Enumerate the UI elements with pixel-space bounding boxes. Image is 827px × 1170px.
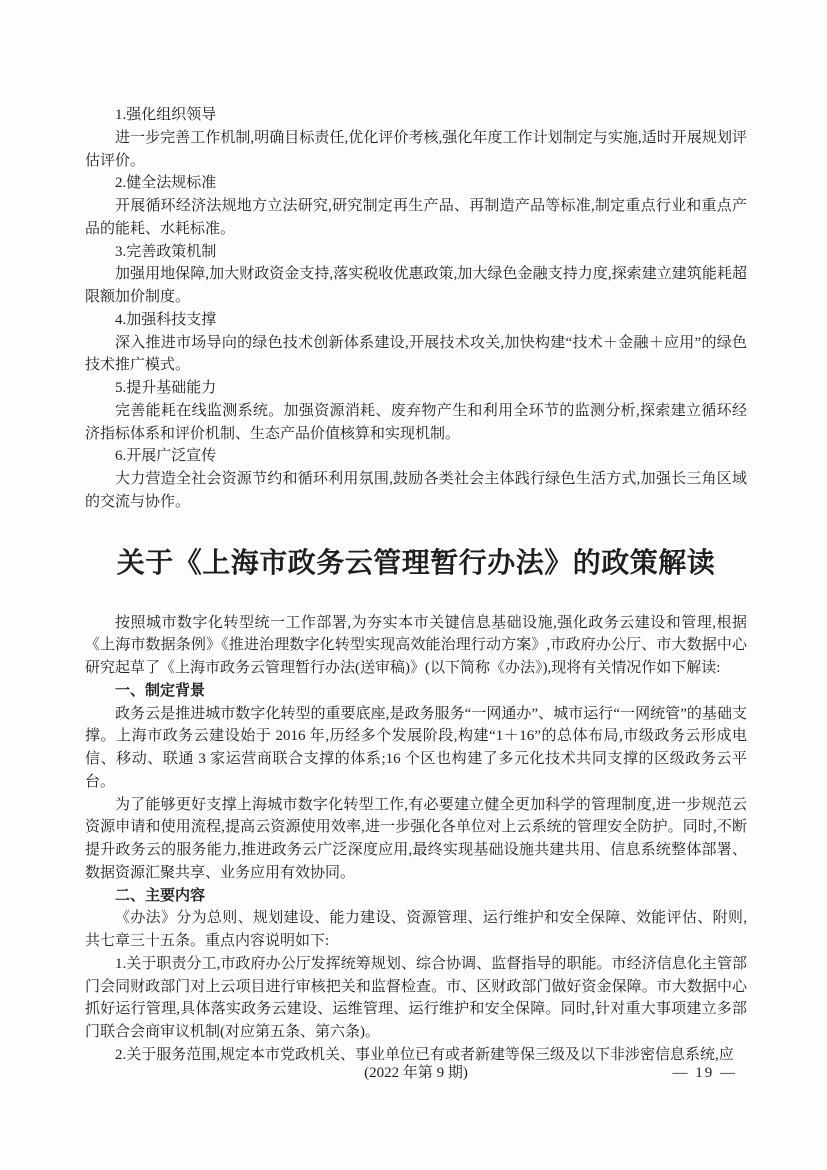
document-page: 1.强化组织领导 进一步完善工作机制,明确目标责任,优化评价考核,强化年度工作计… — [0, 0, 827, 1170]
article-title: 关于《上海市政务云管理暂行办法》的政策解读 — [85, 544, 747, 584]
article-paragraph: 一、制定背景 — [85, 680, 747, 703]
article-paragraph: 按照城市数字化转型统一工作部署,为夯实本市关键信息基础设施,强化政务云建设和管理… — [85, 612, 747, 680]
section-paragraph: 完善能耗在线监测系统。加强资源消耗、废弃物产生和利用全环节的监测分析,探索建立循… — [85, 400, 747, 446]
page-content: 1.强化组织领导 进一步完善工作机制,明确目标责任,优化评价考核,强化年度工作计… — [85, 104, 747, 1067]
page-footer: (2022 年第 9 期) — 19 — — [85, 1062, 747, 1085]
article-paragraph: 1.关于职责分工,市政府办公厅发挥统筹规划、综合协调、监督指导的职能。市经济信息… — [85, 953, 747, 1044]
section-heading: 5.提升基础能力 — [85, 377, 747, 400]
section-heading: 3.完善政策机制 — [85, 241, 747, 264]
section-heading: 6.开展广泛宣传 — [85, 445, 747, 468]
section-paragraph: 加强用地保障,加大财政资金支持,落实税收优惠政策,加大绿色金融支持力度,探索建立… — [85, 263, 747, 309]
measures-list: 1.强化组织领导 进一步完善工作机制,明确目标责任,优化评价考核,强化年度工作计… — [85, 104, 747, 514]
section-paragraph: 开展循环经济法规地方立法研究,研究制定再生产品、再制造产品等标准,制定重点行业和… — [85, 195, 747, 241]
section-paragraph: 进一步完善工作机制,明确目标责任,优化评价考核,强化年度工作计划制定与实施,适时… — [85, 127, 747, 173]
section-heading: 4.加强科技支撑 — [85, 309, 747, 332]
page-number: — 19 — — [673, 1062, 738, 1085]
article-paragraph: 政务云是推进城市数字化转型的重要底座,是政务服务“一网通办”、城市运行“一网统管… — [85, 703, 747, 794]
issue-label: (2022 年第 9 期) — [364, 1062, 468, 1085]
section-heading: 2.健全法规标准 — [85, 172, 747, 195]
article-paragraph: 《办法》分为总则、规划建设、能力建设、资源管理、运行维护和安全保障、效能评估、附… — [85, 907, 747, 953]
article-paragraph: 为了能够更好支撑上海城市数字化转型工作,有必要建立健全更加科学的管理制度,进一步… — [85, 794, 747, 885]
section-paragraph: 大力营造全社会资源节约和循环利用氛围,鼓励各类社会主体践行绿色生活方式,加强长三… — [85, 468, 747, 514]
article-body: 按照城市数字化转型统一工作部署,为夯实本市关键信息基础设施,强化政务云建设和管理… — [85, 612, 747, 1067]
section-heading: 1.强化组织领导 — [85, 104, 747, 127]
section-paragraph: 深入推进市场导向的绿色技术创新体系建设,开展技术攻关,加快构建“技术＋金融＋应用… — [85, 332, 747, 378]
article-paragraph: 二、主要内容 — [85, 885, 747, 908]
